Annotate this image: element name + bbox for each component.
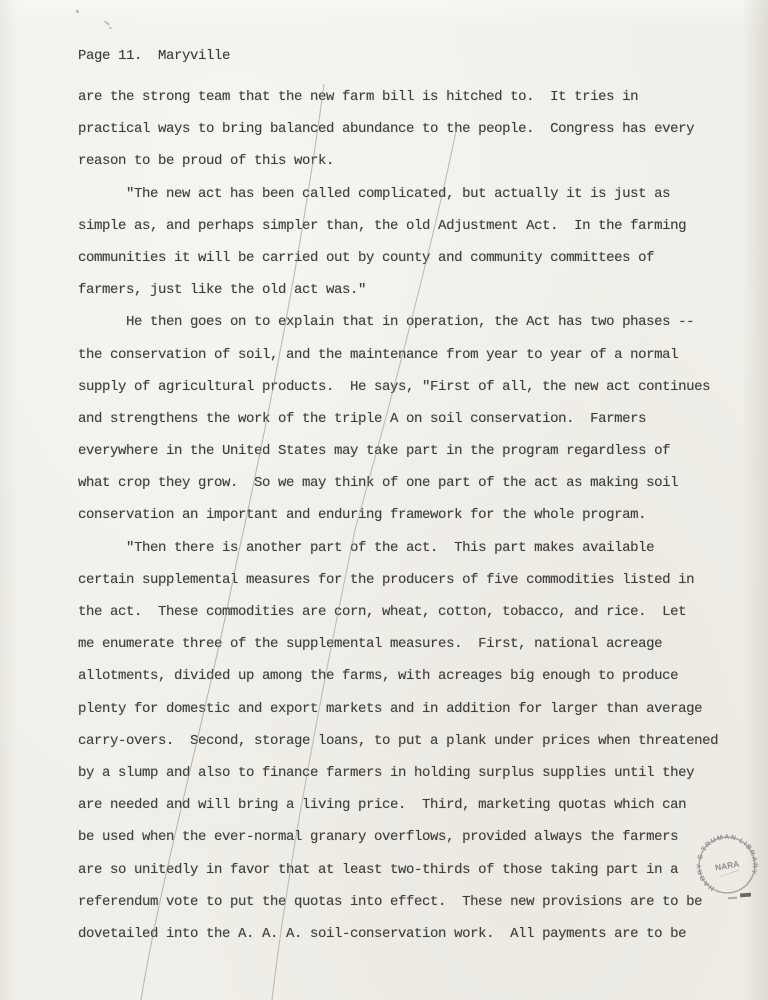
typed-line: be used when the ever-normal granary ove…: [78, 821, 718, 853]
page-header: Page 11. Maryville: [78, 48, 230, 64]
typed-line: He then goes on to explain that in opera…: [78, 306, 718, 338]
typed-line: supply of agricultural products. He says…: [78, 371, 718, 403]
typed-line: everywhere in the United States may take…: [78, 435, 718, 467]
typed-line: me enumerate three of the supplemental m…: [78, 628, 718, 660]
typed-line: "Then there is another part of the act. …: [78, 532, 718, 564]
typed-line: reason to be proud of this work.: [78, 145, 718, 177]
pencil-tick-mark: [104, 20, 110, 25]
pencil-dot-mark: [76, 10, 79, 13]
ink-smudge-mark: [740, 893, 751, 898]
typed-line: the act. These commodities are corn, whe…: [78, 596, 718, 628]
typed-line: dovetailed into the A. A. A. soil-conser…: [78, 918, 718, 950]
typed-line: practical ways to bring balanced abundan…: [78, 113, 718, 145]
typed-line: the conservation of soil, and the mainte…: [78, 339, 718, 371]
scanned-document-page: Page 11. Maryville are the strong team t…: [0, 0, 768, 1000]
typed-line: are needed and will bring a living price…: [78, 789, 718, 821]
typed-line: allotments, divided up among the farms, …: [78, 660, 718, 692]
typed-line: carry-overs. Second, storage loans, to p…: [78, 725, 718, 757]
typed-line: simple as, and perhaps simpler than, the…: [78, 210, 718, 242]
typed-line: farmers, just like the old act was.": [78, 274, 718, 306]
typed-line: what crop they grow. So we may think of …: [78, 467, 718, 499]
typed-line: conservation an important and enduring f…: [78, 499, 718, 531]
typed-line: and strengthens the work of the triple A…: [78, 403, 718, 435]
ink-smudge-mark: [728, 897, 737, 899]
typed-line: referendum vote to put the quotas into e…: [78, 886, 718, 918]
typed-line: are so unitedly in favor that at least t…: [78, 854, 718, 886]
stamp-center-text: NARA: [714, 859, 740, 873]
typed-line: by a slump and also to finance farmers i…: [78, 757, 718, 789]
typed-line: certain supplemental measures for the pr…: [78, 564, 718, 596]
typed-line: "The new act has been called complicated…: [78, 178, 718, 210]
pencil-tick-mark: [109, 27, 112, 29]
typed-line: are the strong team that the new farm bi…: [78, 81, 718, 113]
typed-body: are the strong team that the new farm bi…: [78, 81, 718, 950]
typed-line: plenty for domestic and export markets a…: [78, 693, 718, 725]
typed-line: communities it will be carried out by co…: [78, 242, 718, 274]
